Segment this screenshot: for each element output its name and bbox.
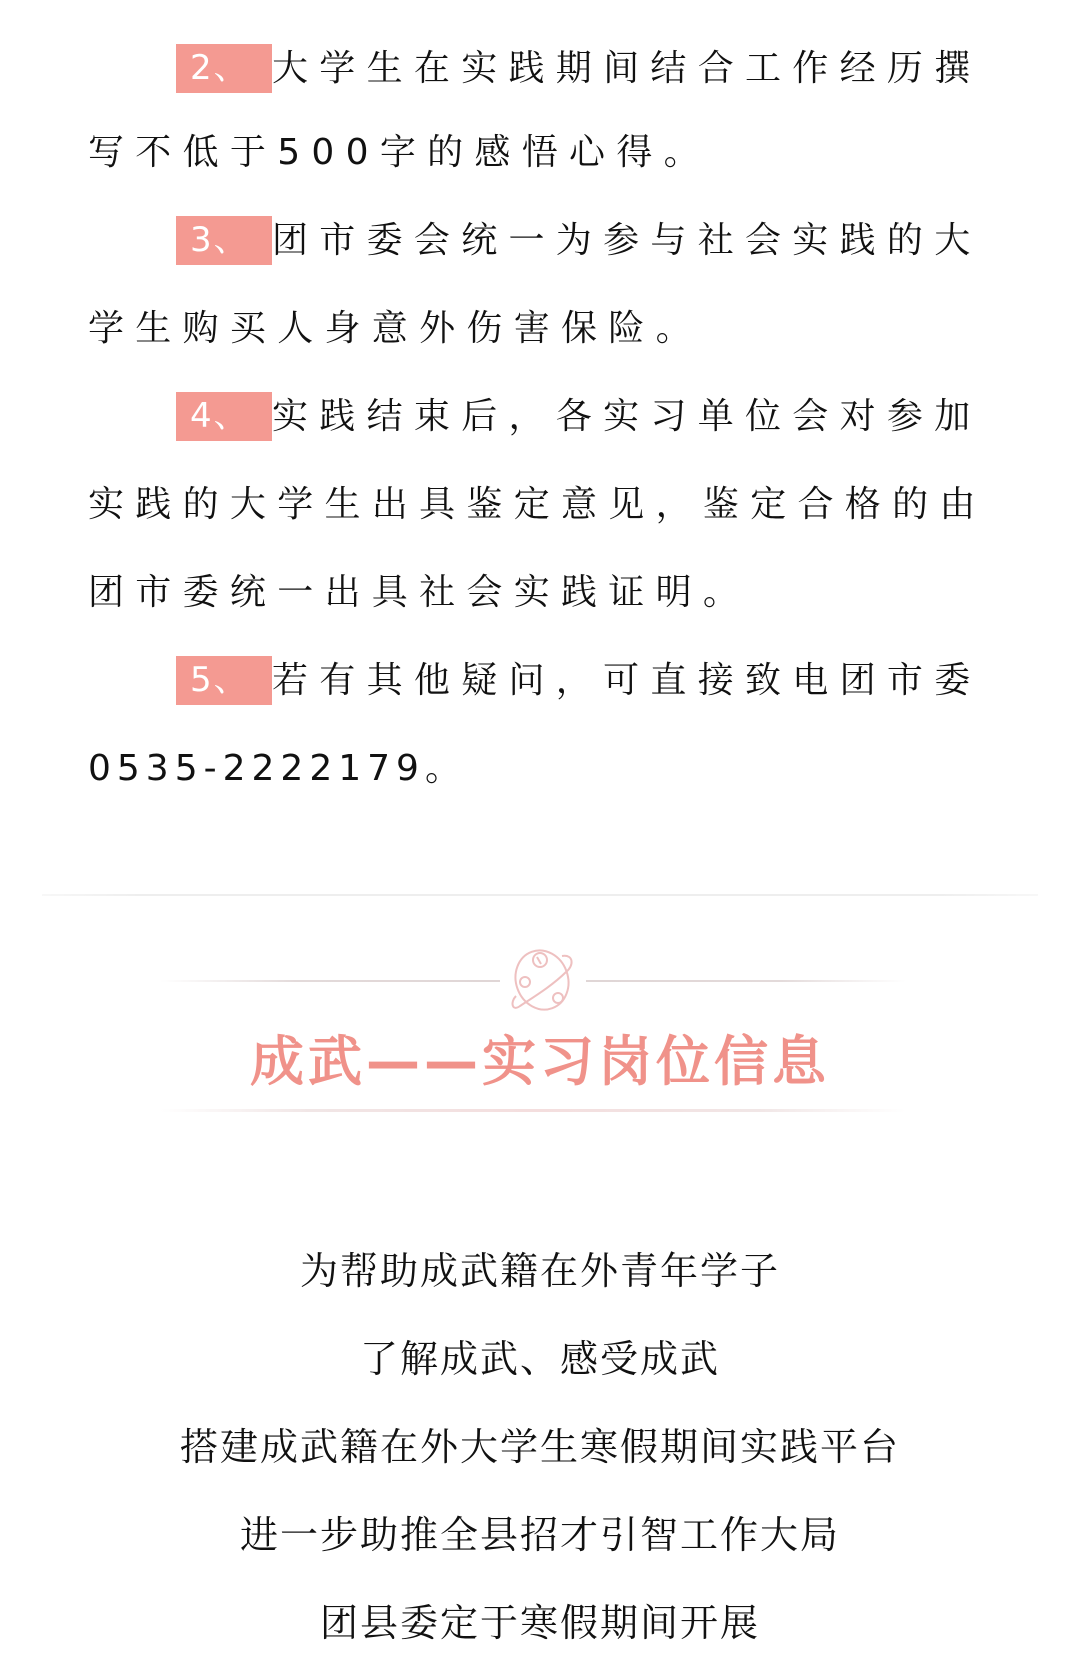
item-text: 大学生在实践期间结合工作经历撰 <box>272 44 982 94</box>
planet-icon <box>500 940 584 1020</box>
intro-line: 团县委定于寒假期间开展 <box>0 1598 1080 1648</box>
list-item-4-continuation: 实践的大学生出具鉴定意见，鉴定合格的由 <box>88 480 987 530</box>
item-number-badge: 3、 <box>176 216 272 265</box>
ornament-line-right <box>586 980 906 982</box>
intro-line: 为帮助成武籍在外青年学子 <box>0 1246 1080 1296</box>
section-title: 成武——实习岗位信息 <box>0 1030 1080 1094</box>
intro-line: 搭建成武籍在外大学生寒假期间实践平台 <box>0 1422 1080 1472</box>
section-divider <box>42 894 1038 896</box>
item-number-badge: 5、 <box>176 656 272 705</box>
clipped-previous-line <box>88 0 558 10</box>
phone-number: 0535-2222179。 <box>88 744 467 794</box>
title-underline <box>160 1109 906 1112</box>
intro-line: 了解成武、感受成武 <box>0 1334 1080 1384</box>
ornament-line-left <box>160 980 500 982</box>
item-number-badge: 2、 <box>176 44 272 93</box>
item-text: 若有其他疑问，可直接致电团市委 <box>272 656 982 706</box>
list-item-2-first-line: 2、大学生在实践期间结合工作经历撰 <box>176 44 982 94</box>
item-text: 团市委会统一为参与社会实践的大 <box>272 216 982 266</box>
item-number-badge: 4、 <box>176 392 272 441</box>
list-item-3-continuation: 学生购买人身意外伤害保险。 <box>88 304 703 354</box>
item-text: 实践结束后，各实习单位会对参加 <box>272 392 982 442</box>
list-item-4-continuation: 团市委统一出具社会实践证明。 <box>88 568 750 618</box>
list-item-3-first-line: 3、团市委会统一为参与社会实践的大 <box>176 216 982 266</box>
intro-line: 进一步助推全县招才引智工作大局 <box>0 1510 1080 1560</box>
list-item-4-first-line: 4、实践结束后，各实习单位会对参加 <box>176 392 982 442</box>
list-item-5-first-line: 5、若有其他疑问，可直接致电团市委 <box>176 656 982 706</box>
list-item-2-continuation: 写不低于500字的感悟心得。 <box>88 128 711 178</box>
